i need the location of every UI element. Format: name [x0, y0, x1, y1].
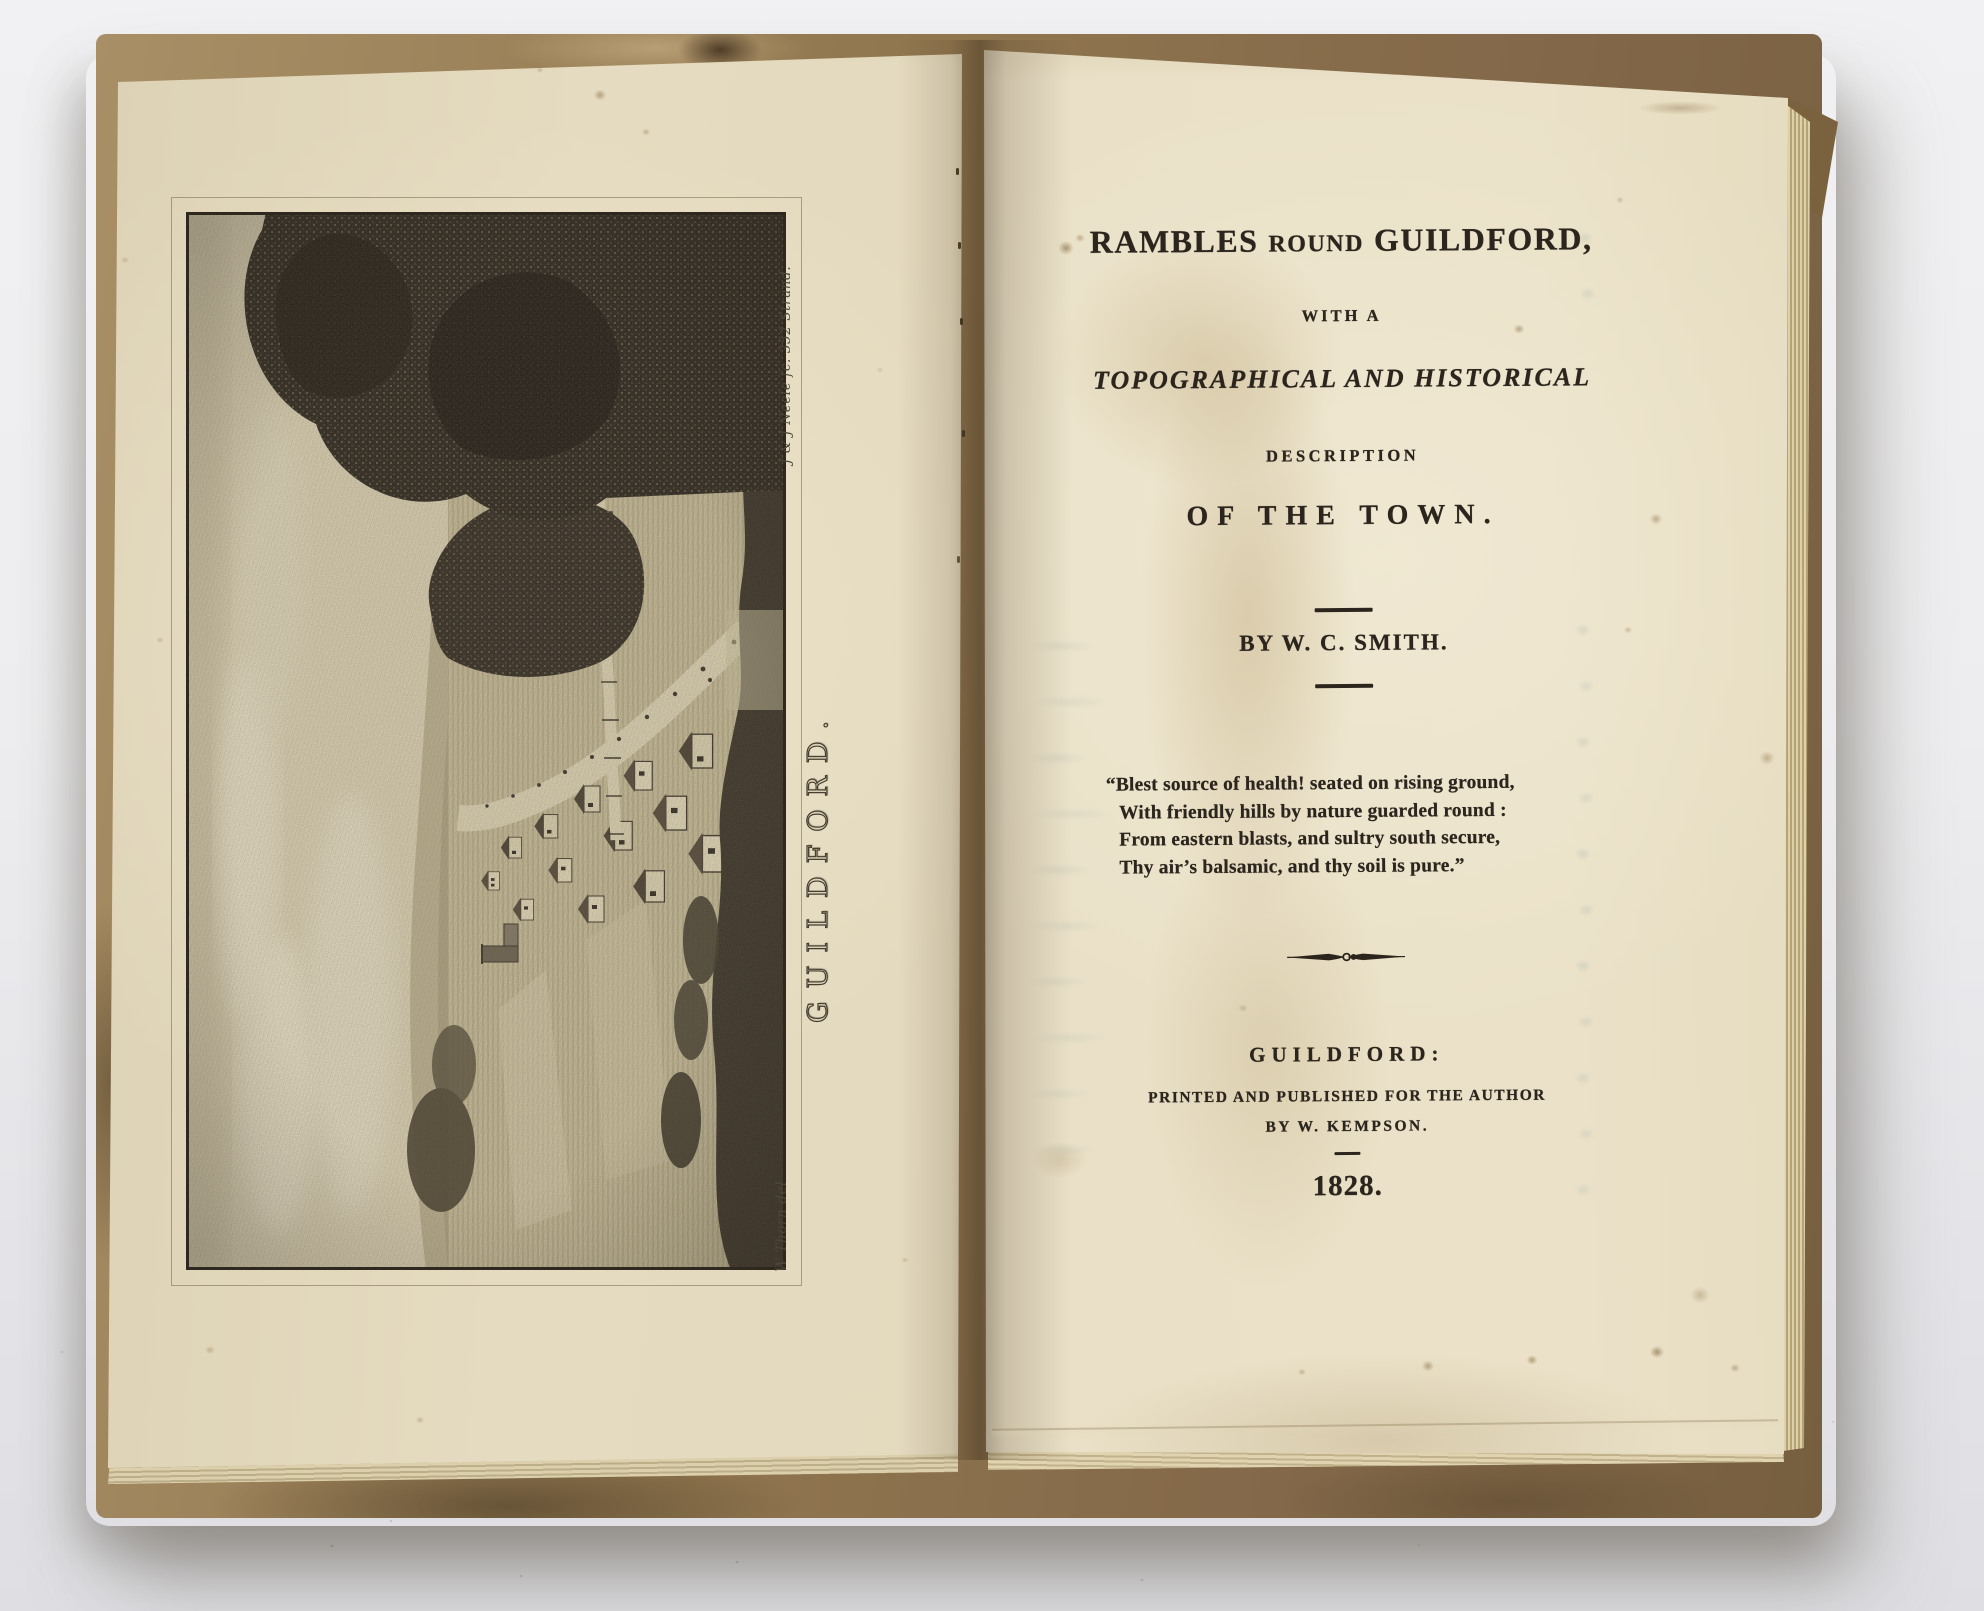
binding-stitches	[956, 168, 959, 175]
frontispiece-plate	[186, 212, 786, 1270]
artist-credit: W Thorn del	[774, 1181, 790, 1272]
engraver-credit: J & J Neele fc. 352 Strand.	[778, 266, 794, 464]
book-photograph: J & J Neele fc. 352 Strand. GUILDFORD. W…	[0, 0, 1984, 1611]
frontispiece-engraving-guildford-view	[186, 212, 786, 1270]
plate-caption: GUILDFORD.	[803, 708, 834, 1023]
